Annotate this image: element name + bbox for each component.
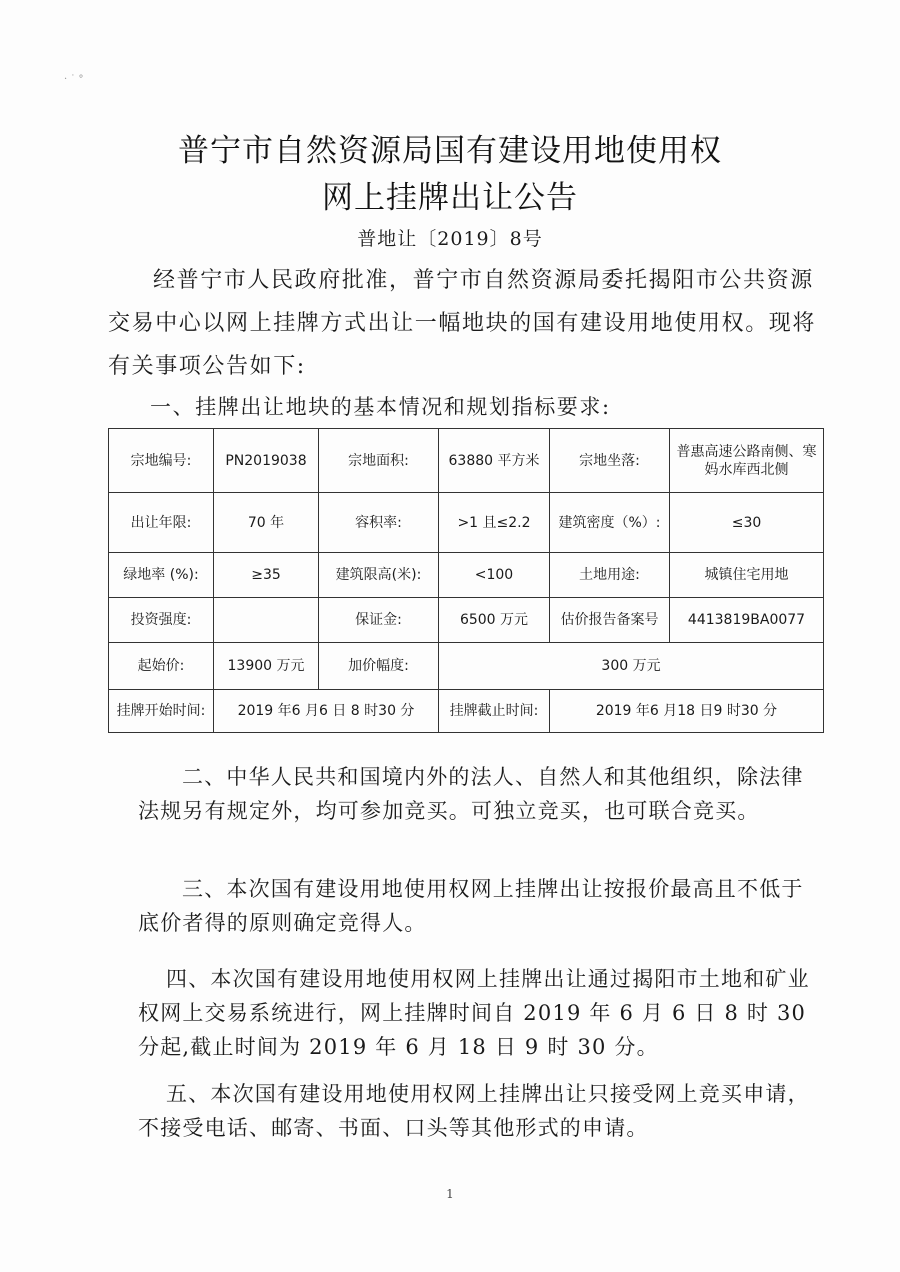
land-use-value: 城镇住宅用地 [670,553,824,598]
table-row: 绿地率 (%): ≥35 建筑限高(米): <100 土地用途: 城镇住宅用地 [109,553,824,598]
table-row: 出让年限: 70 年 容积率: >1 且≤2.2 建筑密度（%）: ≤30 [109,493,824,553]
height-limit-value: <100 [439,553,550,598]
table-row: 挂牌开始时间: 2019 年6 月6 日 8 时30 分 挂牌截止时间: 201… [109,690,824,733]
page-number: 1 [0,1187,900,1201]
green-ratio-value: ≥35 [214,553,319,598]
term-value: 70 年 [214,493,319,553]
density-label: 建筑密度（%）: [550,493,670,553]
start-time-label: 挂牌开始时间: [109,690,214,733]
land-parcel-table: 宗地编号: PN2019038 宗地面积: 63880 平方米 宗地坐落: 普惠… [108,428,824,733]
area-label: 宗地面积: [319,429,439,493]
appraisal-label: 估价报告备案号 [550,598,670,643]
deposit-label: 保证金: [319,598,439,643]
location-label: 宗地坐落: [550,429,670,493]
document-number: 普地让〔2019〕8号 [0,224,900,251]
far-value: >1 且≤2.2 [439,493,550,553]
intro-paragraph: 经普宁市人民政府批准，普宁市自然资源局委托揭阳市公共资源交易中心以网上挂牌方式出… [108,259,828,388]
start-price-value: 13900 万元 [214,643,319,690]
term-label: 出让年限: [109,493,214,553]
section4-paragraph: 四、本次国有建设用地使用权网上挂牌出让通过揭阳市土地和矿业权网上交易系统进行，网… [138,962,818,1064]
table-row: 投资强度: 保证金: 6500 万元 估价报告备案号 4413819BA0077 [109,598,824,643]
green-ratio-label: 绿地率 (%): [109,553,214,598]
height-limit-label: 建筑限高(米): [319,553,439,598]
area-value: 63880 平方米 [439,429,550,493]
investment-label: 投资强度: [109,598,214,643]
location-value: 普惠高速公路南侧、寒妈水库西北侧 [670,429,824,493]
table-row: 起始价: 13900 万元 加价幅度: 300 万元 [109,643,824,690]
far-label: 容积率: [319,493,439,553]
investment-value [214,598,319,643]
deposit-value: 6500 万元 [439,598,550,643]
section5-paragraph: 五、本次国有建设用地使用权网上挂牌出让只接受网上竞买申请，不接受电话、邮寄、书面… [138,1077,818,1145]
start-time-value: 2019 年6 月6 日 8 时30 分 [214,690,439,733]
parcel-no-value: PN2019038 [214,429,319,493]
end-time-label: 挂牌截止时间: [439,690,550,733]
table-row: 宗地编号: PN2019038 宗地面积: 63880 平方米 宗地坐落: 普惠… [109,429,824,493]
document-title-line1: 普宁市自然资源局国有建设用地使用权 [0,125,900,170]
land-use-label: 土地用途: [550,553,670,598]
section1-heading: 一、挂牌出让地块的基本情况和规划指标要求: [150,392,611,422]
scan-artifact: · ˙ ° [64,74,84,85]
section3-paragraph: 三、本次国有建设用地使用权网上挂牌出让按报价最高且不低于底价者得的原则确定竞得人… [138,872,818,940]
end-time-value: 2019 年6 月18 日9 时30 分 [550,690,824,733]
start-price-label: 起始价: [109,643,214,690]
parcel-no-label: 宗地编号: [109,429,214,493]
increment-value: 300 万元 [439,643,824,690]
document-title-line2: 网上挂牌出让公告 [0,172,900,217]
section2-paragraph: 二、中华人民共和国境内外的法人、自然人和其他组织，除法律法规另有规定外，均可参加… [138,760,818,828]
increment-label: 加价幅度: [319,643,439,690]
appraisal-value: 4413819BA0077 [670,598,824,643]
density-value: ≤30 [670,493,824,553]
